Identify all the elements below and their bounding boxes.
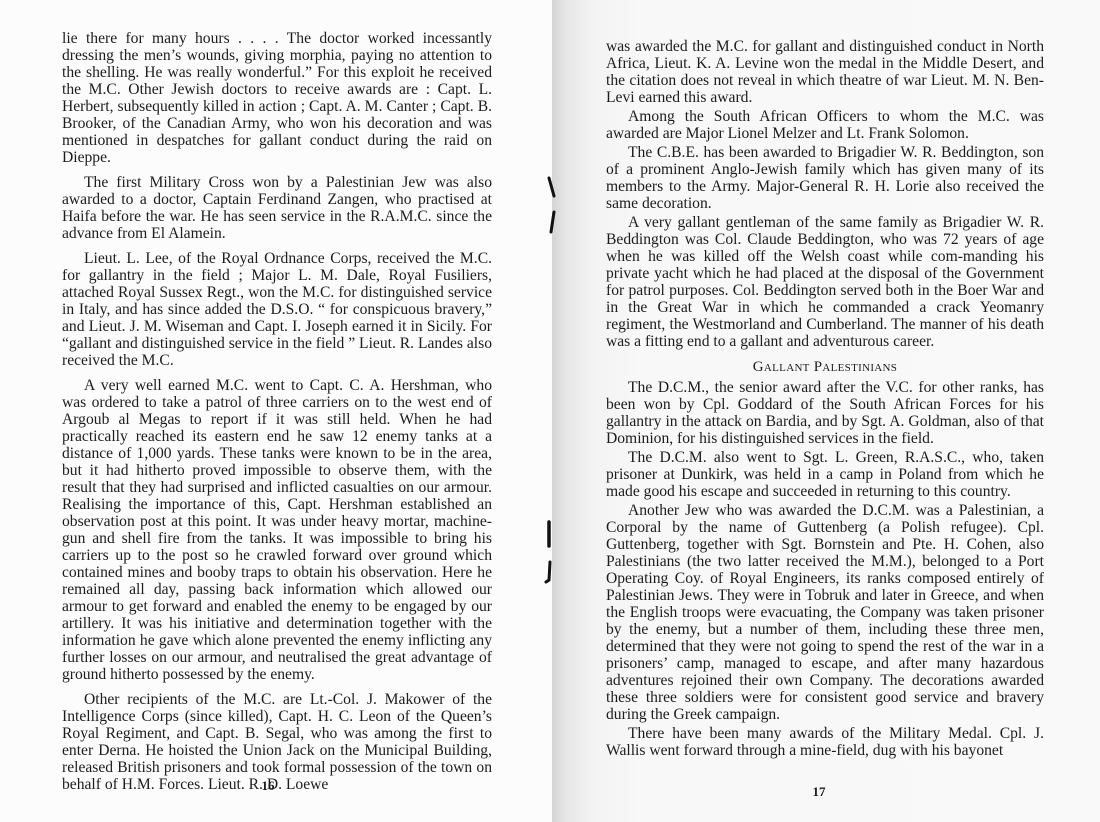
paragraph: The D.C.M., the senior award after the V… [606,379,1044,447]
paragraph: There have been many awards of the Milit… [606,725,1044,759]
paragraph: The D.C.M. also went to Sgt. L. Green, R… [606,449,1044,500]
paragraph: The C.B.E. has been awarded to Brigadier… [606,144,1044,212]
staple-icon [546,176,554,236]
staple-icon [544,520,552,586]
paragraph: A very well earned M.C. went to Capt. C.… [62,377,492,683]
page-number: 17 [799,784,839,800]
paragraph: Among the South African Officers to whom… [606,108,1044,142]
paragraph: lie there for many hours . . . . The doc… [62,30,492,166]
page-number: 16 [248,778,288,794]
paragraph: The first Military Cross won by a Palest… [62,174,492,242]
left-page-text: lie there for many hours . . . . The doc… [62,30,492,793]
right-page-text: was awarded the M.C. for gallant and dis… [606,38,1044,759]
left-page: lie there for many hours . . . . The doc… [0,0,552,822]
paragraph: Another Jew who was awarded the D.C.M. w… [606,502,1044,723]
paragraph: was awarded the M.C. for gallant and dis… [606,38,1044,106]
right-page: was awarded the M.C. for gallant and dis… [552,0,1100,822]
book-spread: lie there for many hours . . . . The doc… [0,0,1100,822]
paragraph: A very gallant gentleman of the same fam… [606,214,1044,350]
paragraph: Lieut. L. Lee, of the Royal Ordnance Cor… [62,250,492,369]
section-heading: Gallant Palestinians [606,359,1044,376]
